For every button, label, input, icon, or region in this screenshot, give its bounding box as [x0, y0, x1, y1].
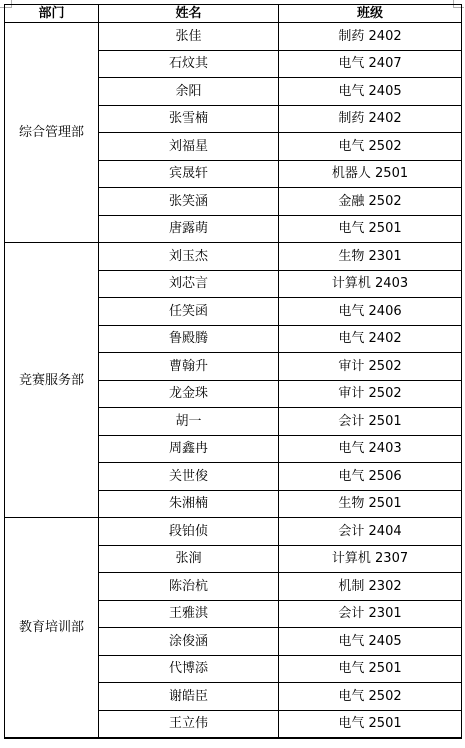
department-cell: 综合管理部: [5, 23, 99, 243]
member-class-cell: 电气 2502: [279, 683, 462, 711]
member-class-cell: 电气 2405: [279, 78, 462, 106]
member-class-cell: 电气 2407: [279, 50, 462, 78]
member-name-cell: 王雅淇: [99, 600, 279, 628]
member-name-cell: 唐露萌: [99, 215, 279, 243]
member-name-cell: 朱湘楠: [99, 490, 279, 518]
member-name-cell: 宾晟轩: [99, 160, 279, 188]
member-name-cell: 周鑫冉: [99, 435, 279, 463]
document-page: 部门 姓名 班级 综合管理部张佳制药 2402石炆其电气 2407余阳电气 24…: [0, 0, 465, 748]
member-name-cell: 陈治杭: [99, 573, 279, 601]
table-row: 竞赛服务部刘玉杰生物 2301: [5, 243, 462, 271]
department-roster-table: 部门 姓名 班级 综合管理部张佳制药 2402石炆其电气 2407余阳电气 24…: [4, 4, 462, 739]
member-name-cell: 张雪楠: [99, 105, 279, 133]
member-class-cell: 电气 2501: [279, 215, 462, 243]
table-row: 综合管理部张佳制药 2402: [5, 23, 462, 51]
table-header: 部门 姓名 班级: [5, 5, 462, 23]
member-class-cell: 制药 2402: [279, 105, 462, 133]
member-name-cell: 张佳: [99, 23, 279, 51]
member-name-cell: 任笑函: [99, 298, 279, 326]
member-class-cell: 电气 2406: [279, 298, 462, 326]
member-name-cell: 刘芯言: [99, 270, 279, 298]
member-name-cell: 王立伟: [99, 710, 279, 738]
header-cell-department: 部门: [5, 5, 99, 23]
table-header-row: 部门 姓名 班级: [5, 5, 462, 23]
member-class-cell: 计算机 2307: [279, 545, 462, 573]
member-class-cell: 审计 2502: [279, 380, 462, 408]
department-cell: 教育培训部: [5, 518, 99, 739]
member-class-cell: 生物 2301: [279, 243, 462, 271]
member-name-cell: 涂俊涵: [99, 628, 279, 656]
member-name-cell: 关世俊: [99, 463, 279, 491]
member-class-cell: 审计 2502: [279, 353, 462, 381]
member-class-cell: 计算机 2403: [279, 270, 462, 298]
member-name-cell: 张涧: [99, 545, 279, 573]
member-class-cell: 电气 2501: [279, 655, 462, 683]
member-class-cell: 电气 2402: [279, 325, 462, 353]
member-name-cell: 胡一: [99, 408, 279, 436]
member-name-cell: 段铂侦: [99, 518, 279, 546]
member-class-cell: 电气 2502: [279, 133, 462, 161]
member-name-cell: 谢皓臣: [99, 683, 279, 711]
member-name-cell: 刘福星: [99, 133, 279, 161]
member-class-cell: 会计 2404: [279, 518, 462, 546]
member-name-cell: 代博添: [99, 655, 279, 683]
member-class-cell: 机制 2302: [279, 573, 462, 601]
member-class-cell: 电气 2501: [279, 710, 462, 738]
member-class-cell: 机器人 2501: [279, 160, 462, 188]
member-class-cell: 电气 2403: [279, 435, 462, 463]
department-cell: 竞赛服务部: [5, 243, 99, 518]
table-row: 教育培训部段铂侦会计 2404: [5, 518, 462, 546]
member-class-cell: 会计 2501: [279, 408, 462, 436]
member-name-cell: 曹翰升: [99, 353, 279, 381]
header-cell-class: 班级: [279, 5, 462, 23]
member-class-cell: 会计 2301: [279, 600, 462, 628]
member-class-cell: 生物 2501: [279, 490, 462, 518]
member-name-cell: 龙金珠: [99, 380, 279, 408]
member-name-cell: 张笑涵: [99, 188, 279, 216]
member-name-cell: 石炆其: [99, 50, 279, 78]
member-class-cell: 电气 2506: [279, 463, 462, 491]
member-class-cell: 电气 2405: [279, 628, 462, 656]
table-body: 综合管理部张佳制药 2402石炆其电气 2407余阳电气 2405张雪楠制药 2…: [5, 23, 462, 739]
header-cell-name: 姓名: [99, 5, 279, 23]
member-class-cell: 金融 2502: [279, 188, 462, 216]
member-name-cell: 刘玉杰: [99, 243, 279, 271]
member-name-cell: 鲁殿腾: [99, 325, 279, 353]
member-class-cell: 制药 2402: [279, 23, 462, 51]
member-name-cell: 余阳: [99, 78, 279, 106]
